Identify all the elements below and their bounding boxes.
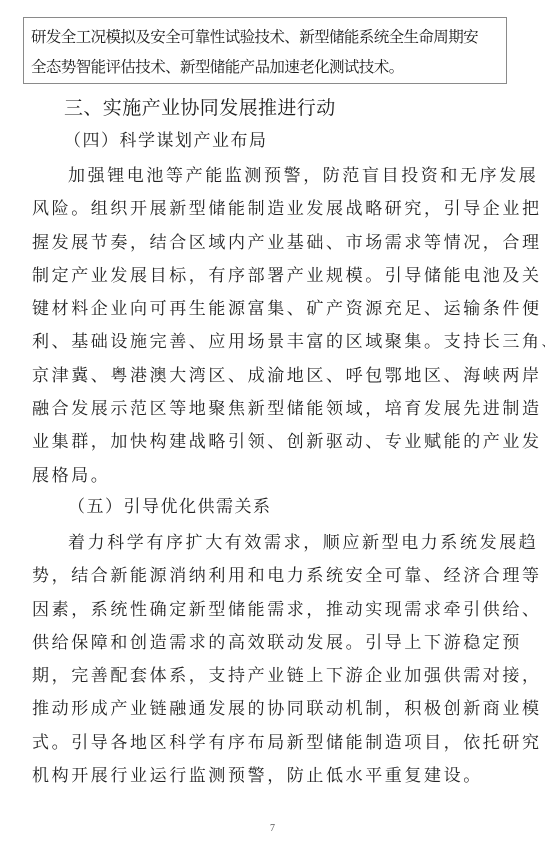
paragraph-line: 京津冀、粤港澳大湾区、成渝地区、呼包鄂地区、海峡两岸: [32, 360, 492, 393]
boxed-text-line: 研发全工况模拟及安全可靠性试验技术、新型储能系统全生命周期安: [31, 22, 506, 52]
boxed-text-block: 研发全工况模拟及安全可靠性试验技术、新型储能系统全生命周期安 全态势智能评估技术…: [23, 17, 507, 84]
paragraph-line: 推动形成产业链融通发展的协同联动机制，积极创新商业模: [32, 693, 492, 726]
paragraph-supply-demand: 着力科学有序扩大有效需求，顺应新型电力系统发展趋 势，结合新能源消纳利用和电力系…: [32, 527, 492, 793]
page-number: 7: [0, 823, 545, 834]
section-heading: 三、实施产业协同发展推进行动: [64, 94, 336, 122]
paragraph-line: 因素，系统性确定新型储能需求，推动实现需求牵引供给、: [32, 594, 492, 627]
paragraph-line: 业集群，加快构建战略引领、创新驱动、专业赋能的产业发: [32, 426, 492, 459]
paragraph-line: 利、基础设施完善、应用场景丰富的区域聚集。支持长三角、: [32, 326, 492, 359]
paragraph-line: 制定产业发展目标，有序部署产业规模。引导储能电池及关: [32, 260, 492, 293]
boxed-text-line: 全态势智能评估技术、新型储能产品加速老化测试技术。: [31, 52, 506, 82]
paragraph-line: 式。引导各地区科学有序布局新型储能制造项目，依托研究: [32, 727, 492, 760]
paragraph-industry-layout: 加强锂电池等产能监测预警，防范盲目投资和无序发展 风险。组织开展新型储能制造业发…: [32, 160, 492, 493]
paragraph-line: 势，结合新能源消纳利用和电力系统安全可靠、经济合理等: [32, 560, 492, 593]
paragraph-line: 期，完善配套体系，支持产业链上下游企业加强供需对接，: [32, 660, 492, 693]
paragraph-line: 机构开展行业运行监测预警，防止低水平重复建设。: [32, 760, 492, 793]
paragraph-line: 握发展节奏，结合区域内产业基础、市场需求等情况，合理: [32, 227, 492, 260]
paragraph-line: 着力科学有序扩大有效需求，顺应新型电力系统发展趋: [32, 527, 492, 560]
subsection-heading-4: （四）科学谋划产业布局: [64, 128, 268, 154]
paragraph-line: 供给保障和创造需求的高效联动发展。引导上下游稳定预: [32, 627, 492, 660]
paragraph-line: 融合发展示范区等地聚焦新型储能领域，培育发展先进制造: [32, 393, 492, 426]
subsection-heading-5: （五）引导优化供需关系: [68, 494, 272, 520]
paragraph-line: 风险。组织开展新型储能制造业发展战略研究，引导企业把: [32, 193, 492, 226]
paragraph-line: 加强锂电池等产能监测预警，防范盲目投资和无序发展: [32, 160, 492, 193]
paragraph-line: 展格局。: [32, 460, 492, 493]
paragraph-line: 键材料企业向可再生能源富集、矿产资源充足、运输条件便: [32, 293, 492, 326]
